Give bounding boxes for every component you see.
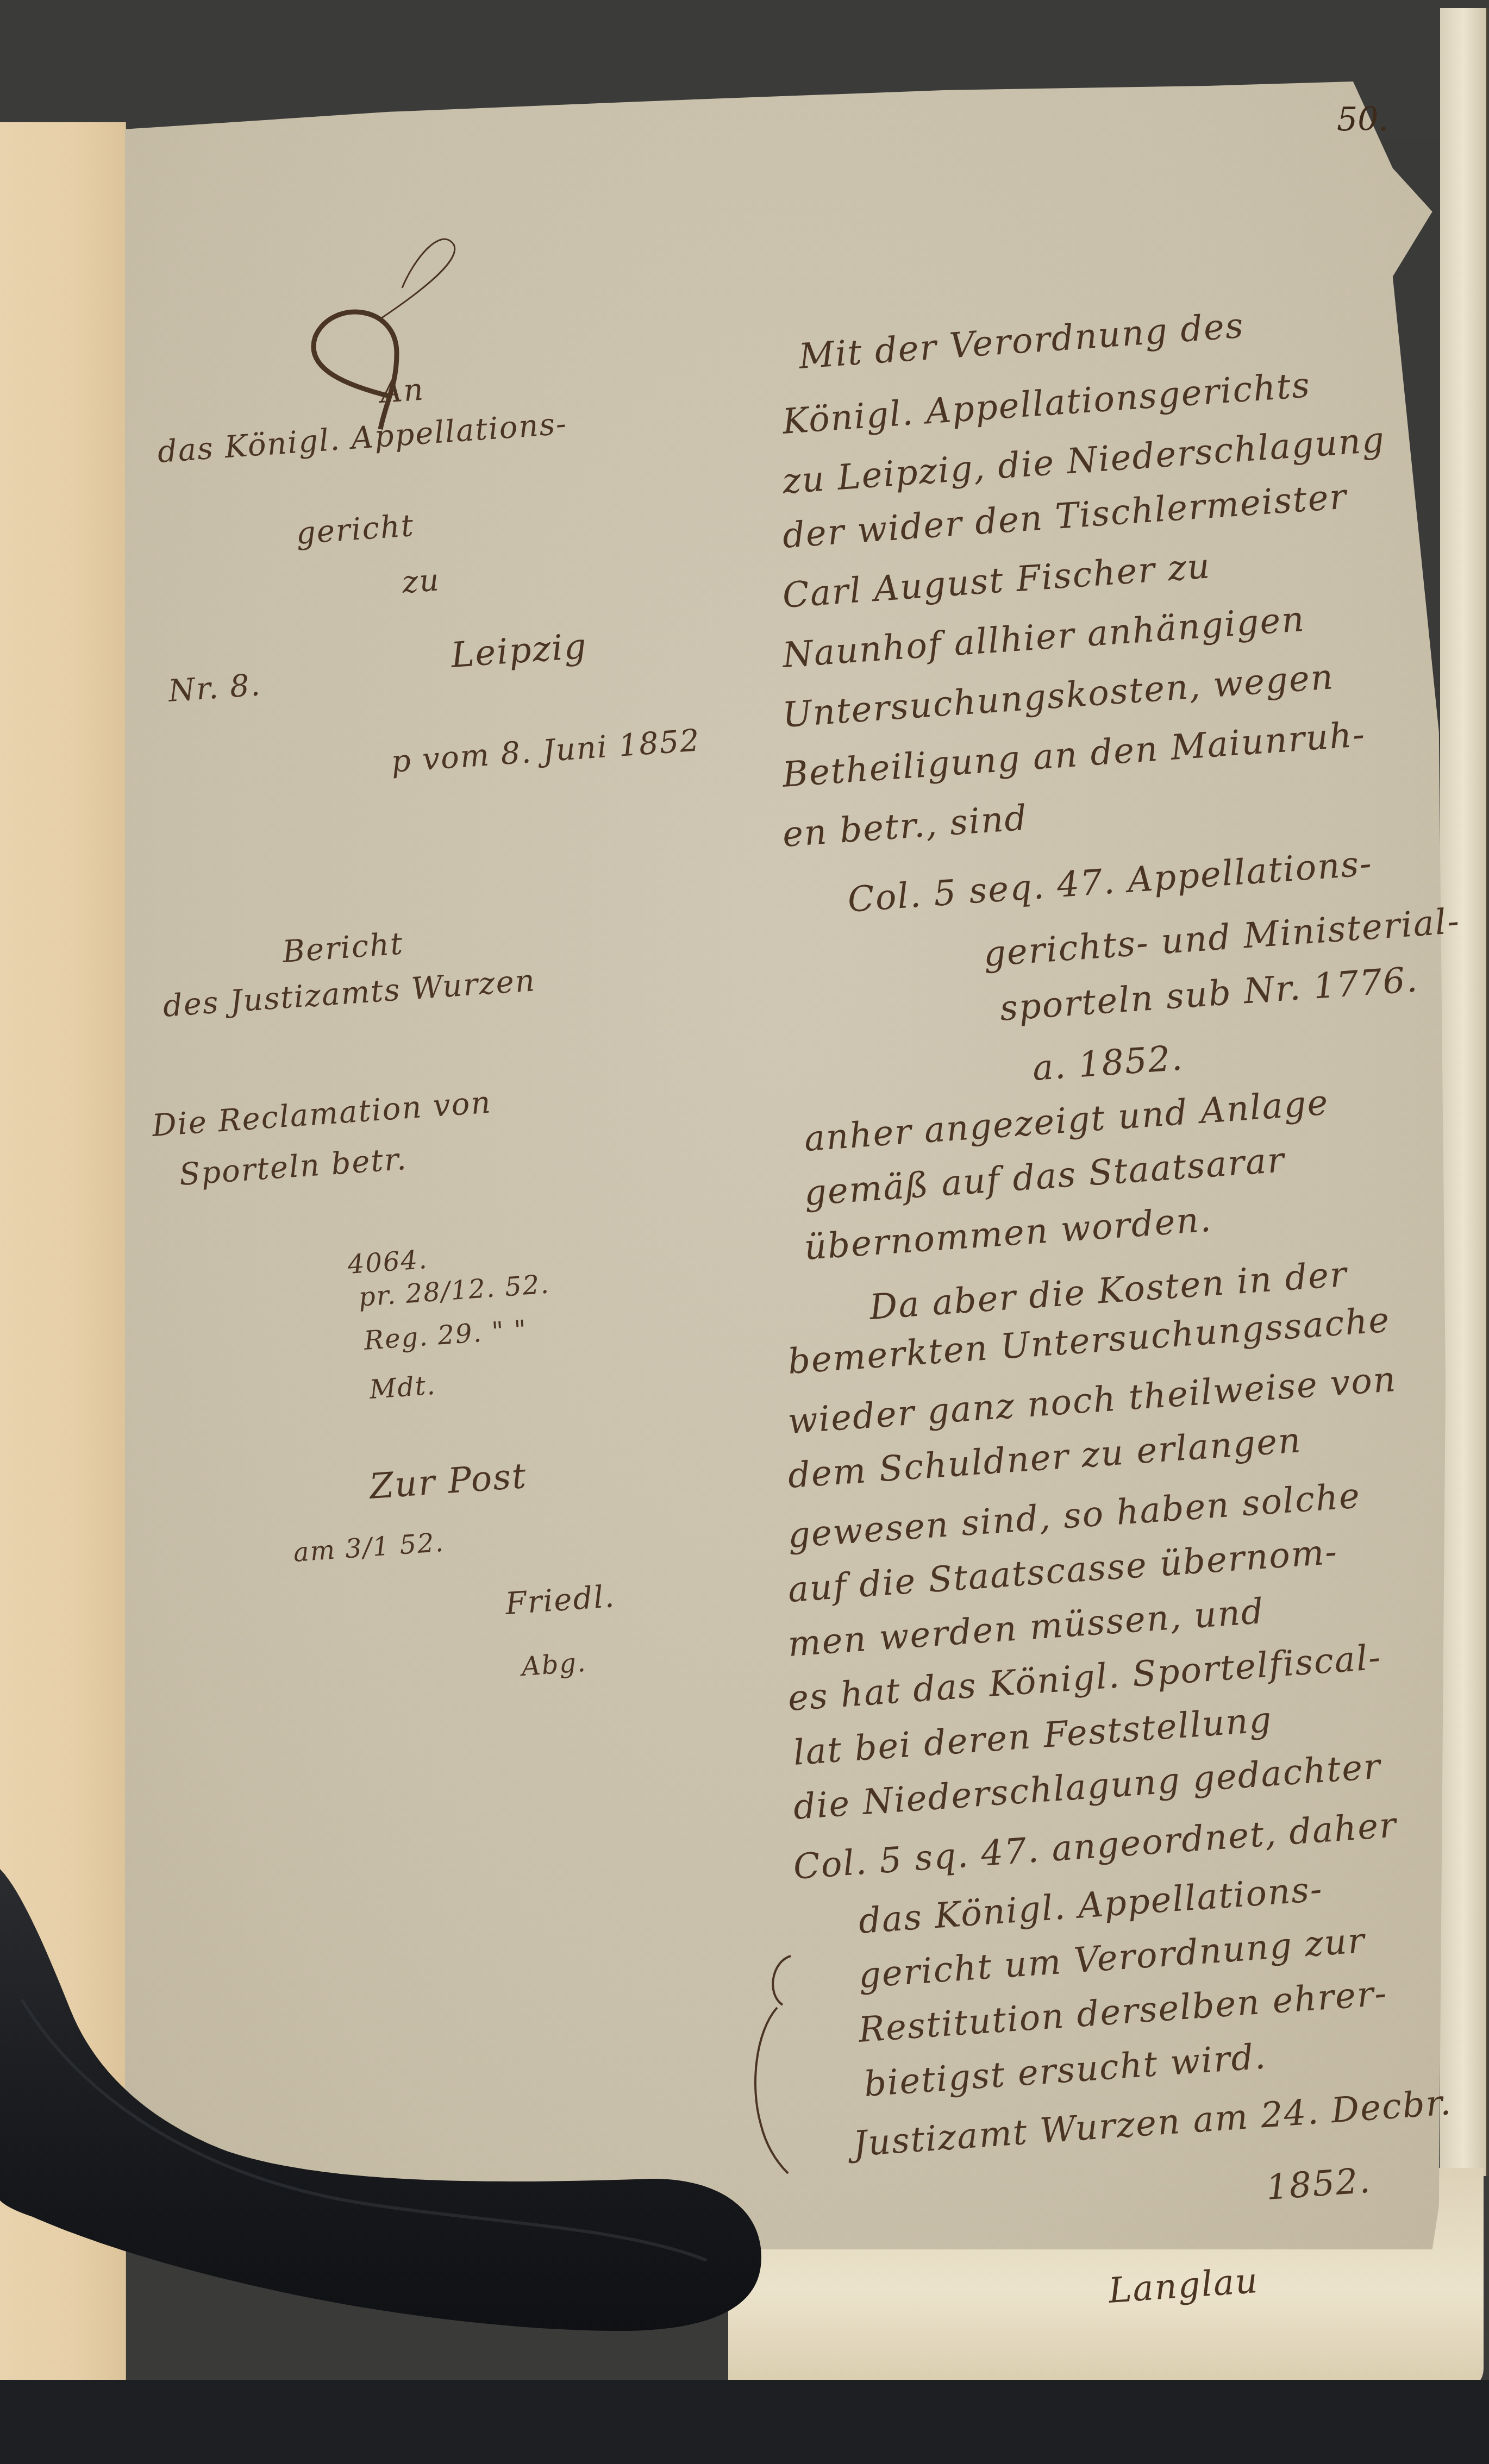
closing-year: 1852.: [1265, 2161, 1372, 2208]
dark-background-bottom: [0, 2380, 1489, 2464]
initial-flourish-icon: [255, 228, 484, 446]
underlying-sheet-edge: [1440, 8, 1488, 2176]
registry-mandate: Mdt.: [368, 1370, 437, 1405]
fabric-book-weight: [0, 1847, 772, 2391]
dispatch-initials-2: Abg.: [521, 1647, 587, 1682]
address-line-1: An: [379, 372, 426, 410]
reference-number: Nr. 8.: [167, 667, 262, 709]
registry-number: 4064.: [347, 1244, 429, 1280]
address-line-4: zu: [401, 562, 441, 600]
folio-number: 50.: [1337, 101, 1388, 139]
